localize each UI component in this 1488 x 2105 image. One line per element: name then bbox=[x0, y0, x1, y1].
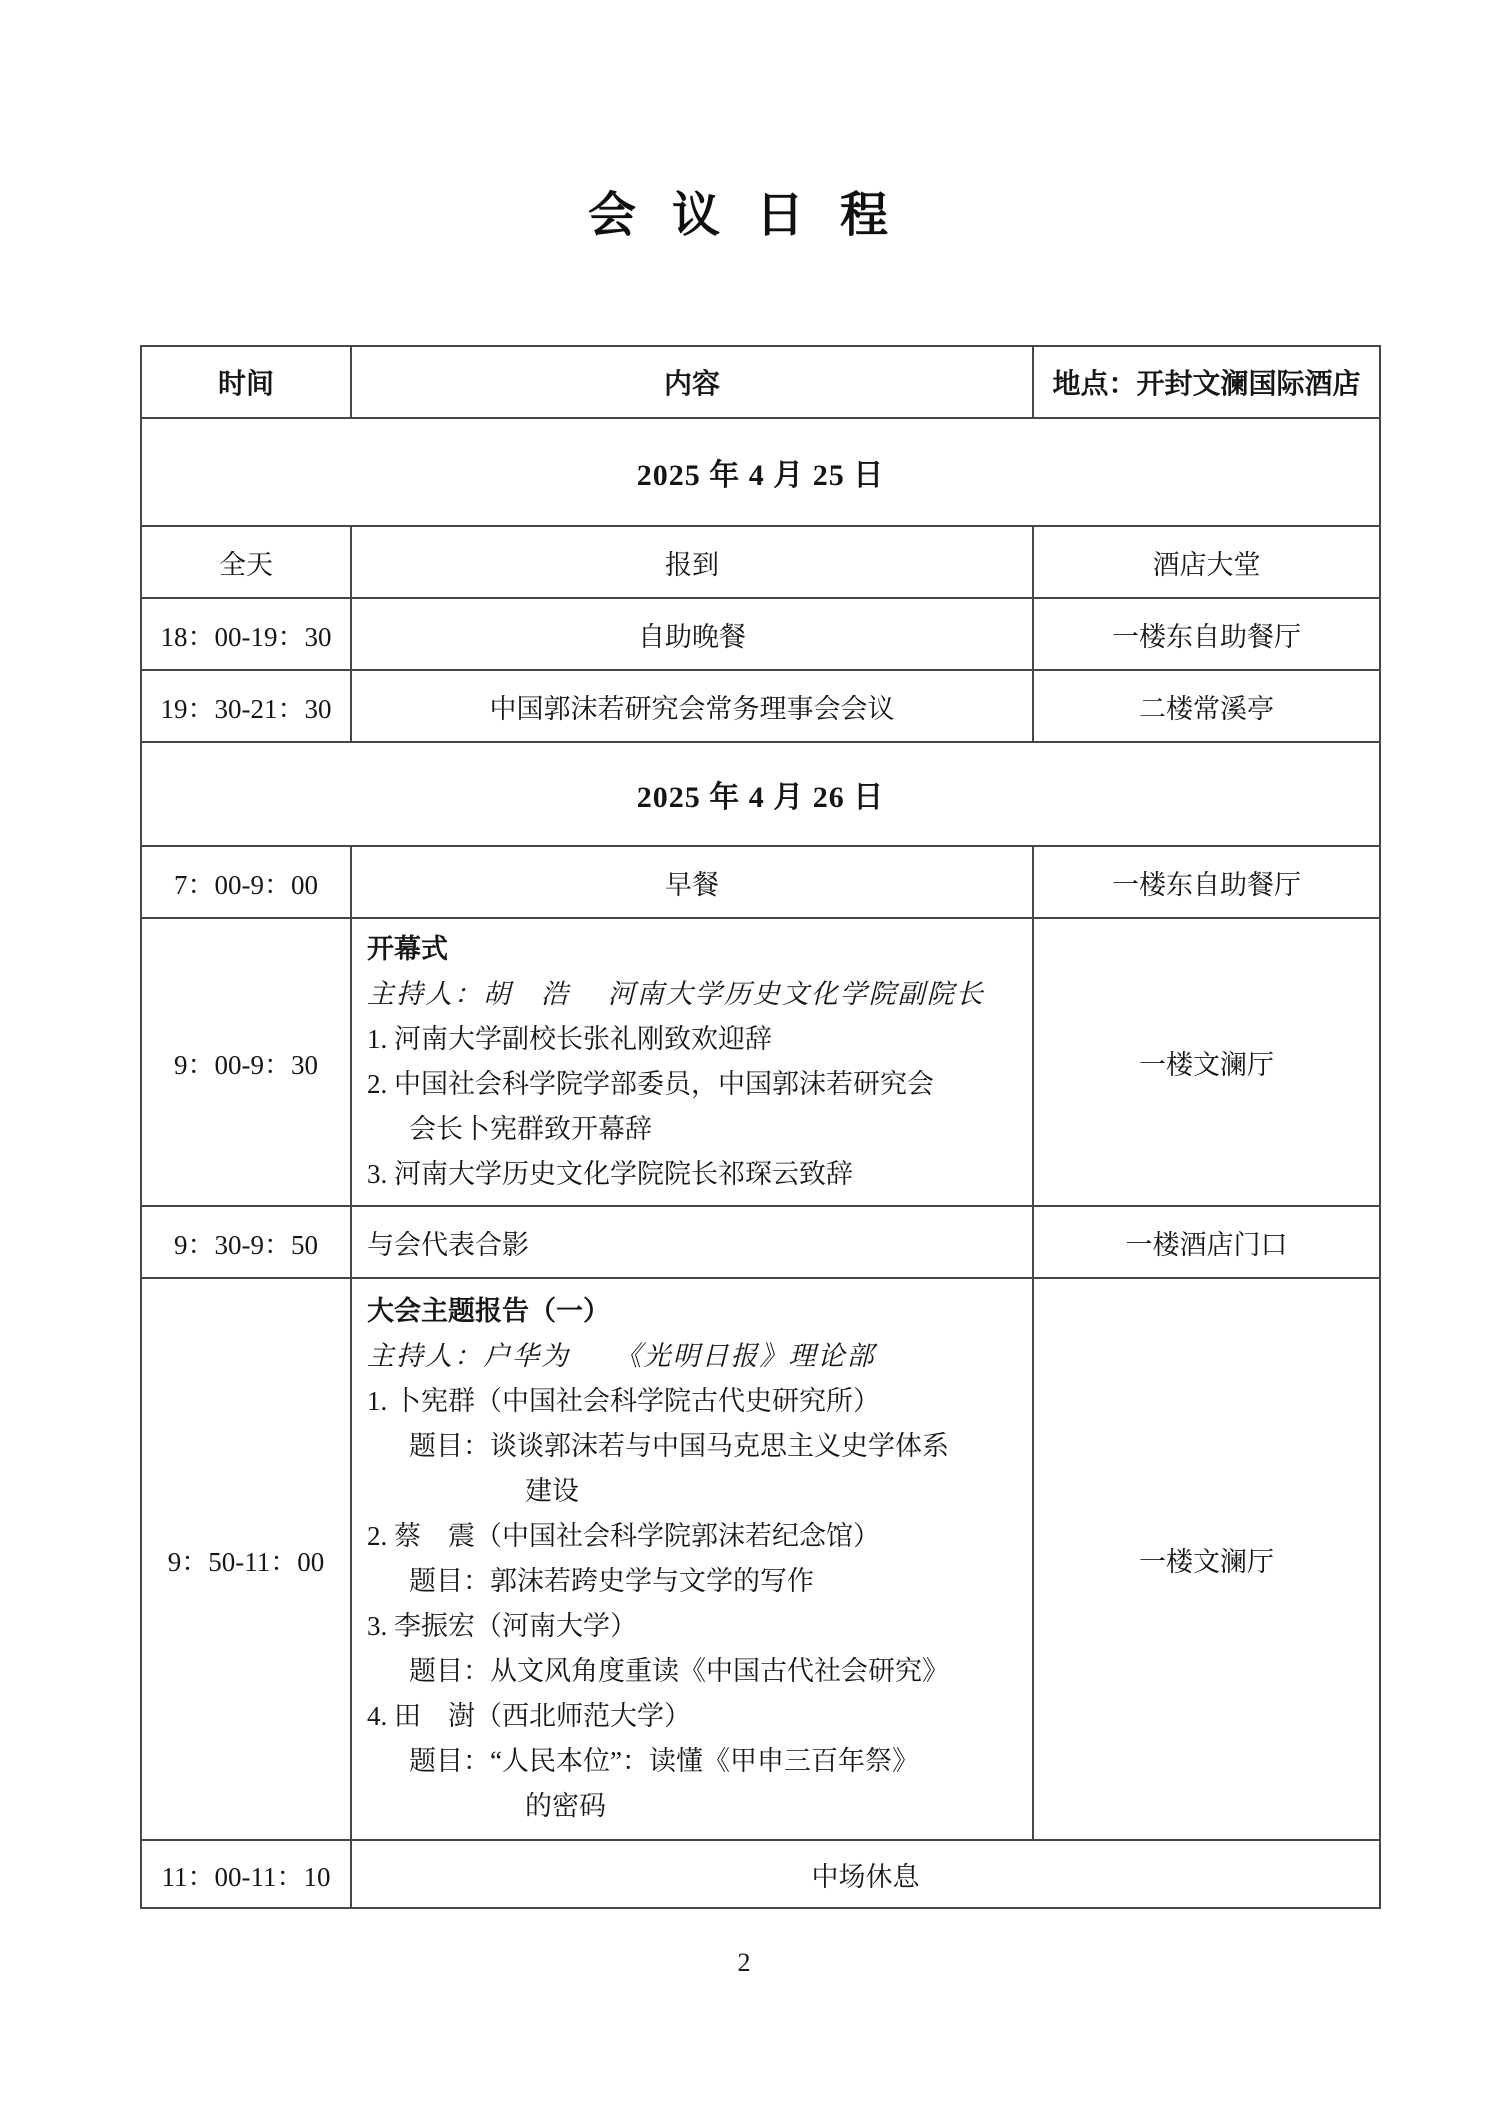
table-row: 7：00-9：00 早餐 一楼东自助餐厅 bbox=[141, 846, 1380, 918]
table-row: 9：30-9：50 与会代表合影 一楼酒店门口 bbox=[141, 1206, 1380, 1278]
agenda-line: 2. 中国社会科学院学部委员，中国郭沫若研究会 bbox=[367, 1062, 1022, 1107]
date-cell: 2025 年 4 月 26 日 bbox=[141, 742, 1380, 846]
time-cell: 9：30-9：50 bbox=[141, 1206, 351, 1278]
location-cell: 一楼东自助餐厅 bbox=[1033, 598, 1380, 670]
agenda-line: 4. 田 澍（西北师范大学） bbox=[367, 1694, 1022, 1739]
content-cell: 自助晚餐 bbox=[351, 598, 1033, 670]
date-row: 2025 年 4 月 25 日 bbox=[141, 418, 1380, 526]
location-cell: 酒店大堂 bbox=[1033, 526, 1380, 598]
header-time: 时间 bbox=[141, 346, 351, 418]
time-cell: 全天 bbox=[141, 526, 351, 598]
agenda-line: 题目：谈谈郭沫若与中国马克思主义史学体系 bbox=[367, 1424, 1022, 1469]
agenda-line: 3. 河南大学历史文化学院院长祁琛云致辞 bbox=[367, 1152, 1022, 1197]
agenda-line: 题目：从文风角度重读《中国古代社会研究》 bbox=[367, 1649, 1022, 1694]
table-row-keynote-reports: 9：50-11：00 大会主题报告（一） 主持人：户华为 《光明日报》理论部 1… bbox=[141, 1278, 1380, 1840]
content-cell: 与会代表合影 bbox=[351, 1206, 1033, 1278]
agenda-host-line: 主持人：胡 浩 河南大学历史文化学院副院长 bbox=[367, 972, 1022, 1017]
agenda-section-title: 大会主题报告（一） bbox=[367, 1289, 1022, 1334]
agenda-line: 2. 蔡 震（中国社会科学院郭沫若纪念馆） bbox=[367, 1514, 1022, 1559]
time-cell: 18：00-19：30 bbox=[141, 598, 351, 670]
agenda-line: 会长卜宪群致开幕辞 bbox=[367, 1107, 1022, 1152]
table-row: 全天 报到 酒店大堂 bbox=[141, 526, 1380, 598]
agenda-line: 题目：“人民本位”：读懂《甲申三百年祭》 bbox=[367, 1739, 1022, 1784]
table-row-break: 11：00-11：10 中场休息 bbox=[141, 1840, 1380, 1908]
location-cell: 二楼常溪亭 bbox=[1033, 670, 1380, 742]
content-cell: 中场休息 bbox=[351, 1840, 1380, 1908]
page-title: 会 议 日 程 bbox=[0, 176, 1488, 245]
header-location: 地点：开封文澜国际酒店 bbox=[1033, 346, 1380, 418]
schedule-table: 时间 内容 地点：开封文澜国际酒店 2025 年 4 月 25 日 全天 报到 … bbox=[140, 345, 1381, 1909]
document-page: 会 议 日 程 时间 内容 地点：开封文澜国际酒店 2025 年 4 月 25 … bbox=[0, 0, 1488, 2105]
date-cell: 2025 年 4 月 25 日 bbox=[141, 418, 1380, 526]
agenda-line: 题目：郭沫若跨史学与文学的写作 bbox=[367, 1559, 1022, 1604]
location-cell: 一楼东自助餐厅 bbox=[1033, 846, 1380, 918]
agenda-line: 1. 河南大学副校长张礼刚致欢迎辞 bbox=[367, 1017, 1022, 1062]
table-row: 19：30-21：30 中国郭沫若研究会常务理事会会议 二楼常溪亭 bbox=[141, 670, 1380, 742]
time-cell: 19：30-21：30 bbox=[141, 670, 351, 742]
header-content: 内容 bbox=[351, 346, 1033, 418]
table-row: 18：00-19：30 自助晚餐 一楼东自助餐厅 bbox=[141, 598, 1380, 670]
header-row: 时间 内容 地点：开封文澜国际酒店 bbox=[141, 346, 1380, 418]
agenda-line: 建设 bbox=[367, 1469, 1022, 1514]
location-cell: 一楼文澜厅 bbox=[1033, 1278, 1380, 1840]
content-cell: 开幕式 主持人：胡 浩 河南大学历史文化学院副院长 1. 河南大学副校长张礼刚致… bbox=[351, 918, 1033, 1206]
time-cell: 11：00-11：10 bbox=[141, 1840, 351, 1908]
location-cell: 一楼酒店门口 bbox=[1033, 1206, 1380, 1278]
agenda-line: 1. 卜宪群（中国社会科学院古代史研究所） bbox=[367, 1379, 1022, 1424]
agenda-section-title: 开幕式 bbox=[367, 927, 1022, 972]
page-number: 2 bbox=[0, 1948, 1488, 1978]
content-cell: 早餐 bbox=[351, 846, 1033, 918]
agenda-host-line: 主持人：户华为 《光明日报》理论部 bbox=[367, 1334, 1022, 1379]
time-cell: 7：00-9：00 bbox=[141, 846, 351, 918]
content-cell: 中国郭沫若研究会常务理事会会议 bbox=[351, 670, 1033, 742]
content-cell: 大会主题报告（一） 主持人：户华为 《光明日报》理论部 1. 卜宪群（中国社会科… bbox=[351, 1278, 1033, 1840]
content-cell: 报到 bbox=[351, 526, 1033, 598]
agenda-line: 3. 李振宏（河南大学） bbox=[367, 1604, 1022, 1649]
date-row: 2025 年 4 月 26 日 bbox=[141, 742, 1380, 846]
table-row-opening-ceremony: 9：00-9：30 开幕式 主持人：胡 浩 河南大学历史文化学院副院长 1. 河… bbox=[141, 918, 1380, 1206]
agenda-line: 的密码 bbox=[367, 1784, 1022, 1829]
time-cell: 9：00-9：30 bbox=[141, 918, 351, 1206]
location-cell: 一楼文澜厅 bbox=[1033, 918, 1380, 1206]
time-cell: 9：50-11：00 bbox=[141, 1278, 351, 1840]
